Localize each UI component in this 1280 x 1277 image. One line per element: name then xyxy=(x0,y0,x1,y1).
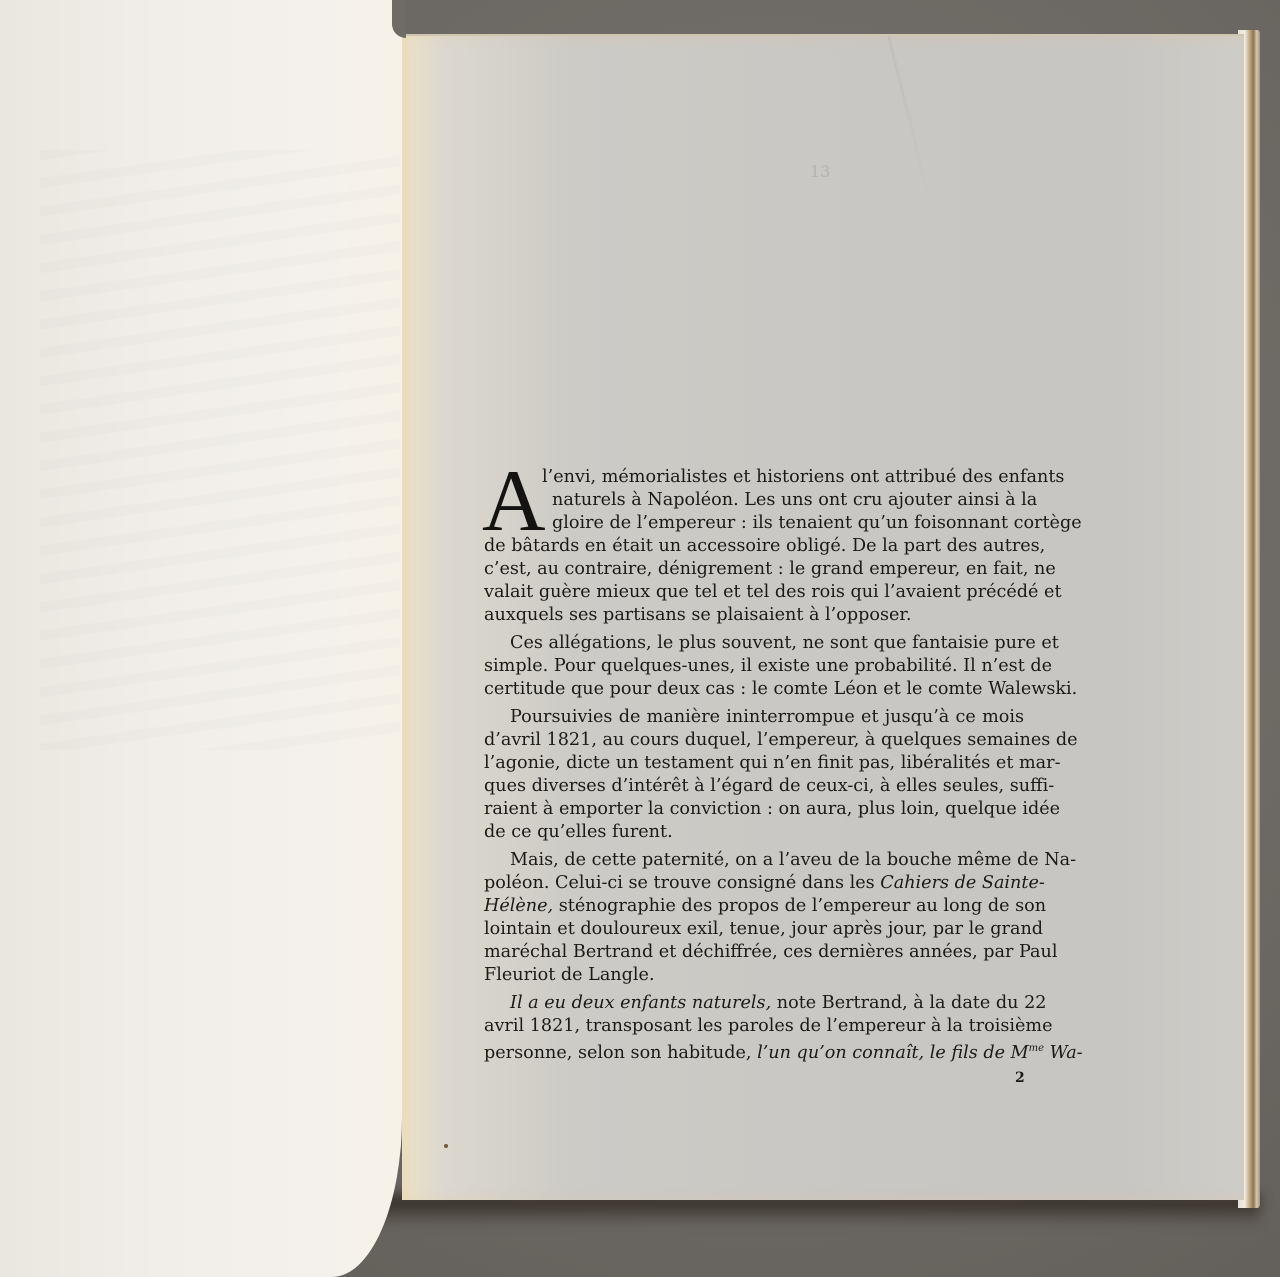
text-span: sténographie des propos de l’empereur au… xyxy=(553,896,1046,916)
drop-cap: A xyxy=(482,462,546,542)
paper-crease xyxy=(887,36,930,196)
text-line: de ce qu’elles furent. xyxy=(484,821,673,843)
text-line: naturels à Napoléon. Les uns ont cru ajo… xyxy=(552,489,1026,511)
text-span: poléon. Celui-ci se trouve consigné dans… xyxy=(484,873,880,893)
text-line: certitude que pour deux cas : le comte L… xyxy=(484,678,1024,700)
superscript: me xyxy=(1029,1043,1044,1054)
text-line: ques diverses d’intérêt à l’égard de ceu… xyxy=(484,775,1024,797)
italic-title: Hélène, xyxy=(484,896,553,916)
text-line: maréchal Bertrand et déchiffrée, ces der… xyxy=(484,941,1024,963)
text-line: Poursuivies de manière ininterrompue et … xyxy=(510,706,1024,728)
text-line: personne, selon son habitude, l’un qu’on… xyxy=(484,1038,1024,1064)
italic-title: Cahiers de Sainte- xyxy=(880,873,1045,893)
italic-quote: Il a eu deux enfants naturels, xyxy=(510,993,771,1013)
text-line: simple. Pour quelques-unes, il existe un… xyxy=(484,655,1024,677)
show-through-text xyxy=(40,150,400,750)
text-span: note Bertrand, à la date du 22 xyxy=(771,993,1046,1013)
text-span: Wa- xyxy=(1044,1043,1083,1063)
page-corner xyxy=(392,0,406,38)
text-span: l’un qu’on connaît, le fils de M xyxy=(757,1043,1029,1063)
text-span: personne, selon son habitude, xyxy=(484,1043,757,1063)
text-line: Ces allégations, le plus souvent, ne son… xyxy=(510,632,1024,654)
text-line: c’est, au contraire, dénigrement : le gr… xyxy=(484,558,1024,580)
text-line: l’envi, mémorialistes et historiens ont … xyxy=(542,466,1026,488)
page-number: 2 xyxy=(1015,1070,1025,1086)
text-line: Il a eu deux enfants naturels, note Bert… xyxy=(510,992,1024,1014)
text-line: gloire de l’empereur : ils tenaient qu’u… xyxy=(552,512,1026,534)
left-page xyxy=(0,0,402,1277)
text-line: avril 1821, transposant les paroles de l… xyxy=(484,1015,1024,1037)
text-line: poléon. Celui-ci se trouve consigné dans… xyxy=(484,872,1024,894)
text-line: auxquels ses partisans se plaisaient à l… xyxy=(484,604,912,626)
text-line: d’avril 1821, au cours duquel, l’empereu… xyxy=(484,729,1024,751)
text-line: de bâtards en était un accessoire obligé… xyxy=(484,535,1024,557)
paper-spot xyxy=(444,1144,448,1148)
text-line: Fleuriot de Langle. xyxy=(484,964,655,986)
italic-quote: l’un qu’on connaît, le fils de Mme Wa- xyxy=(757,1043,1083,1063)
text-line: raient à emporter la conviction : on aur… xyxy=(484,798,1024,820)
text-line: Mais, de cette paternité, on a l’aveu de… xyxy=(510,849,1024,871)
text-line: Hélène, sténographie des propos de l’emp… xyxy=(484,895,1024,917)
text-line: valait guère mieux que tel et tel des ro… xyxy=(484,581,1024,603)
show-through-folio: 13 xyxy=(810,162,830,181)
text-line: l’agonie, dicte un testament qui n’en fi… xyxy=(484,752,1024,774)
text-line: lointain et douloureux exil, tenue, jour… xyxy=(484,918,1024,940)
